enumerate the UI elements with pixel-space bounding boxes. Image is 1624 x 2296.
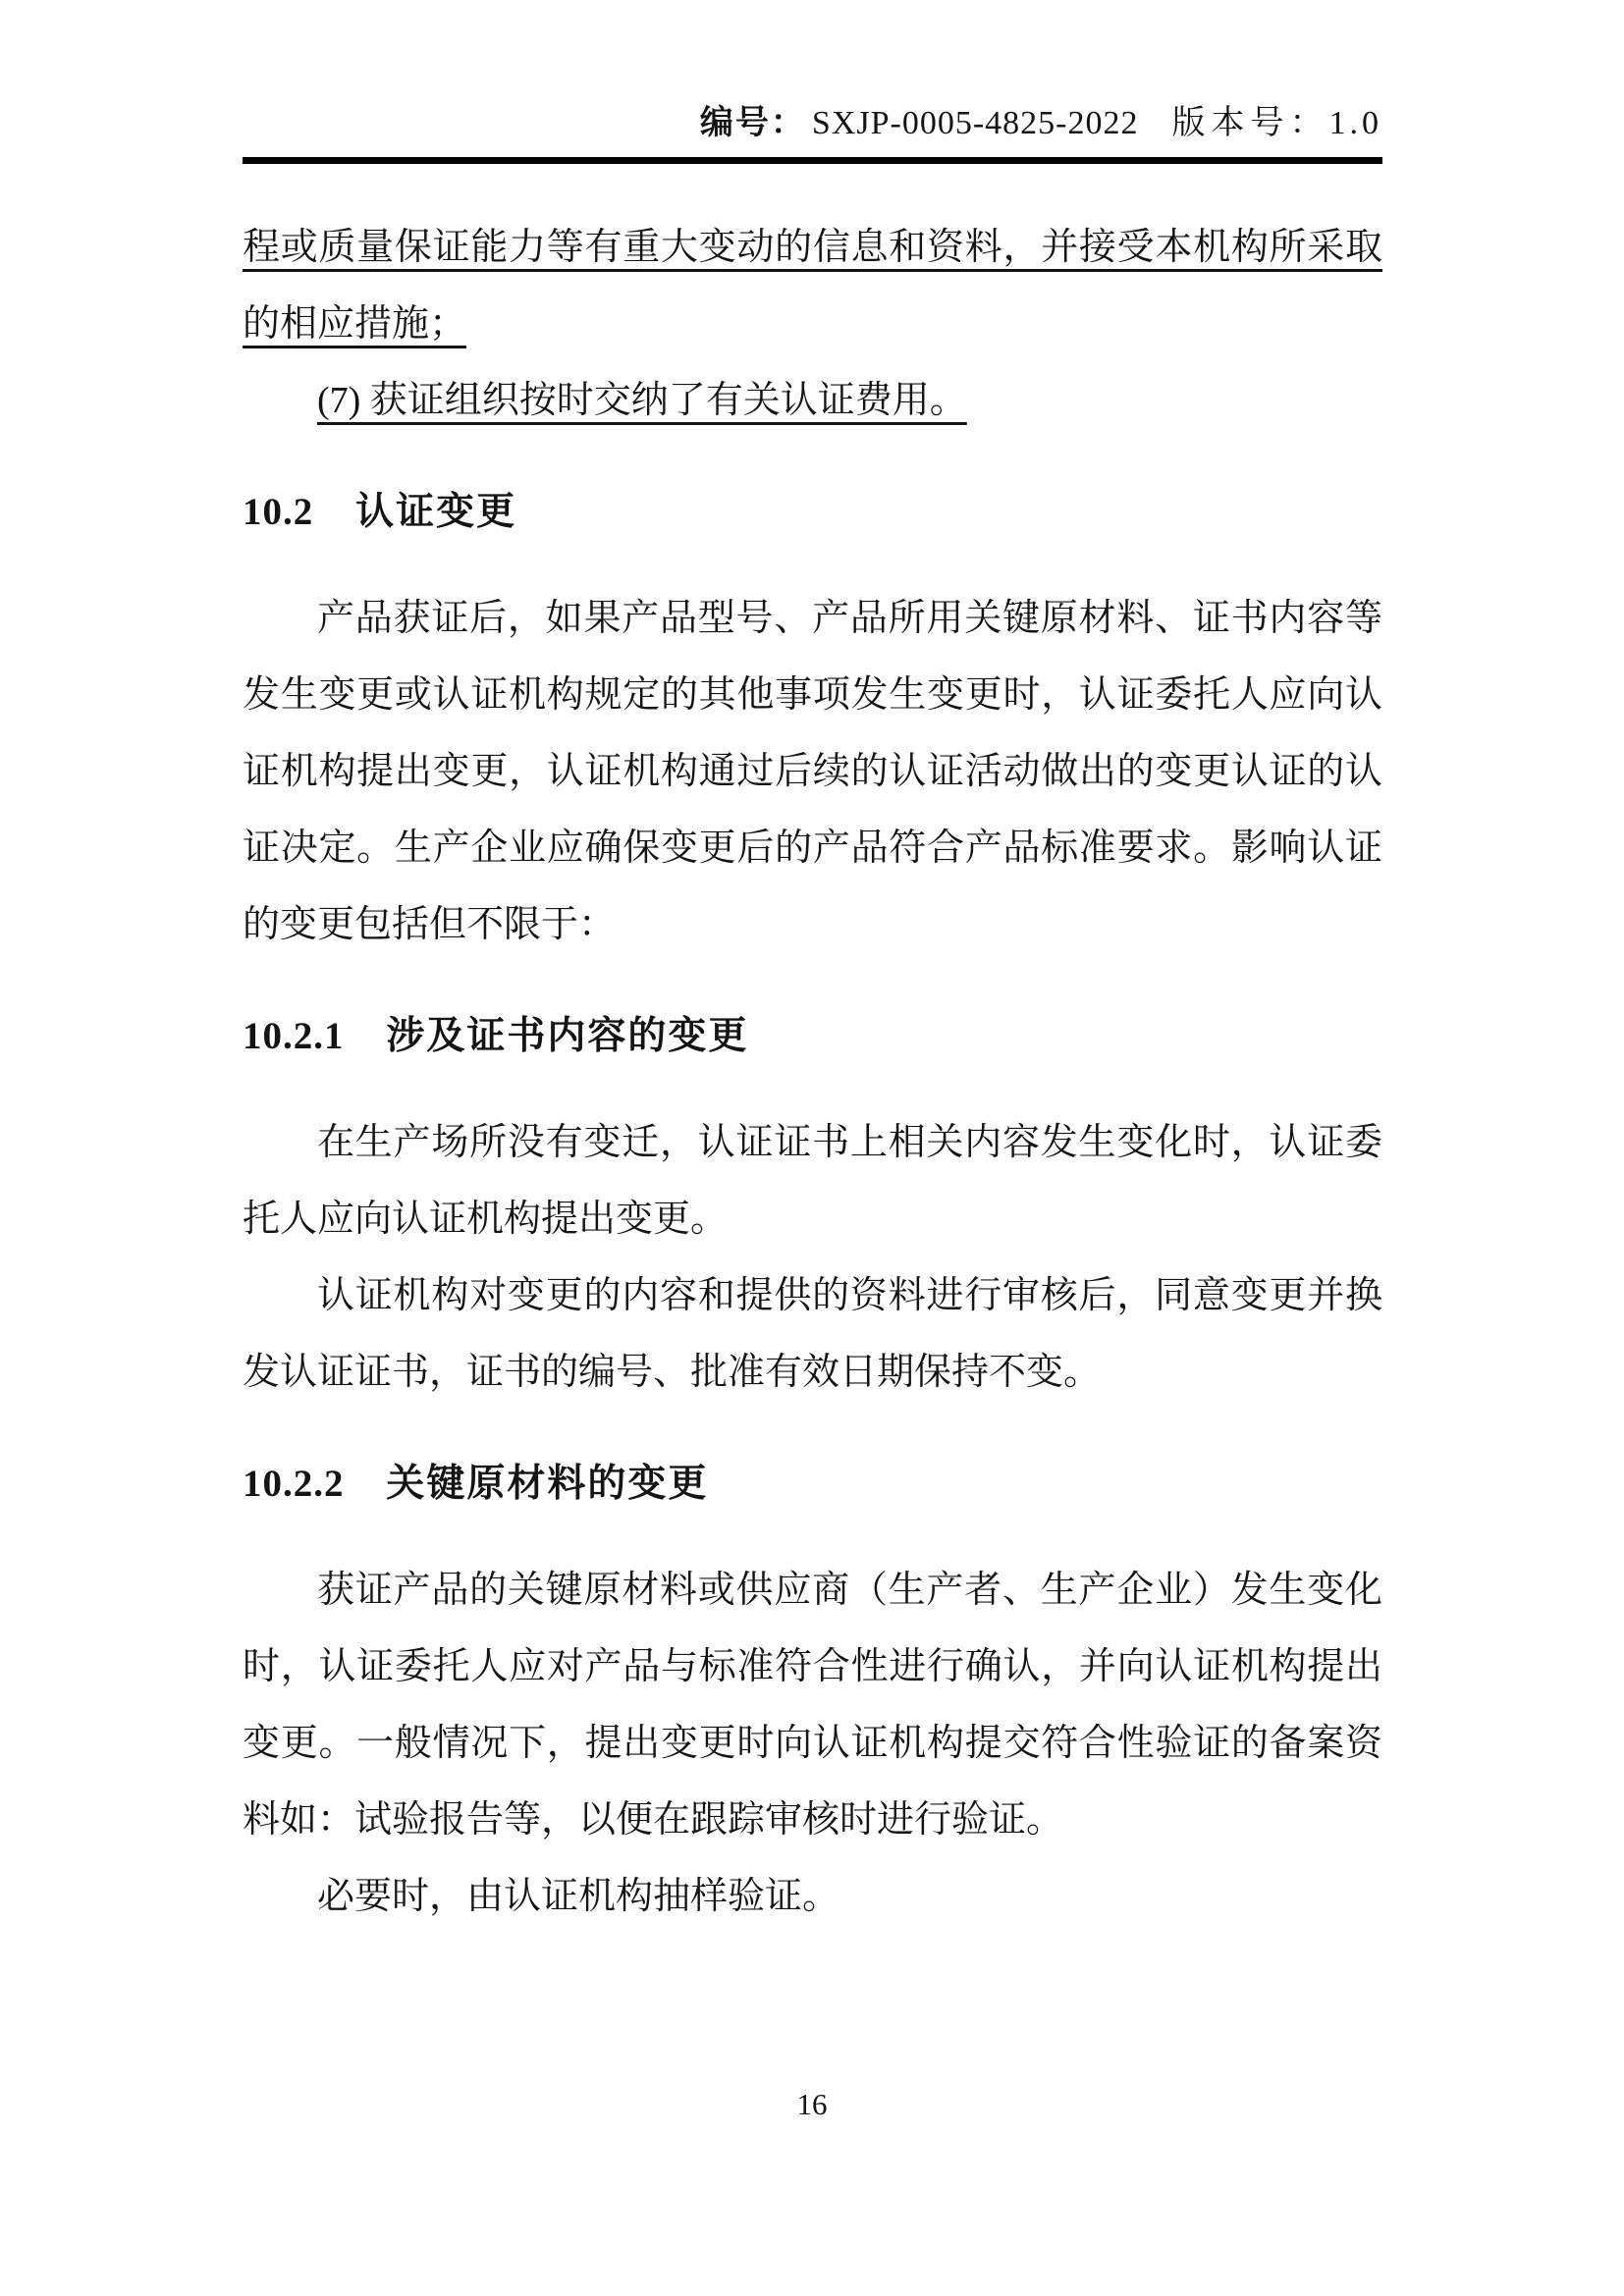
section-10-2-paragraph-1: 产品获证后，如果产品型号、产品所用关键原材料、证书内容等发生变更或认证机构规定的… bbox=[243, 580, 1382, 963]
doc-version-label: 版本号： bbox=[1172, 105, 1329, 141]
document-page: 编号：SXJP-0005-4825-2022版本号：1.0 程或质量保证能力等有… bbox=[0, 0, 1624, 2296]
section-number: 10.2 bbox=[243, 491, 313, 533]
doc-number-value: SXJP-0005-4825-2022 bbox=[812, 105, 1139, 141]
section-10-2-1-paragraph-2: 认证机构对变更的内容和提供的资料进行审核后，同意变更并换发认证证书，证书的编号、… bbox=[243, 1257, 1382, 1411]
section-10-2-1-paragraph-1: 在生产场所没有变迁，认证证书上相关内容发生变化时，认证委托人应向认证机构提出变更… bbox=[243, 1104, 1382, 1257]
document-body: 程或质量保证能力等有重大变动的信息和资料，并接受本机构所采取的相应措施； (7)… bbox=[243, 209, 1382, 1935]
document-header: 编号：SXJP-0005-4825-2022版本号：1.0 bbox=[0, 0, 1624, 147]
carryover-paragraph: 程或质量保证能力等有重大变动的信息和资料，并接受本机构所采取的相应措施； bbox=[243, 209, 1382, 362]
section-heading-10-2-1: 10.2.1涉及证书内容的变更 bbox=[243, 998, 1382, 1075]
section-title: 涉及证书内容的变更 bbox=[386, 1015, 748, 1057]
page-number: 16 bbox=[797, 2087, 828, 2121]
section-10-2-2-paragraph-2: 必要时，由认证机构抽样验证。 bbox=[243, 1858, 1382, 1935]
doc-number-label: 编号： bbox=[700, 105, 806, 141]
page-footer: 16 bbox=[0, 2085, 1624, 2124]
doc-version-value: 1.0 bbox=[1329, 105, 1383, 141]
section-number: 10.2.2 bbox=[243, 1463, 345, 1505]
section-heading-10-2: 10.2认证变更 bbox=[243, 474, 1382, 551]
section-title: 关键原材料的变更 bbox=[386, 1463, 708, 1505]
header-rule bbox=[243, 157, 1382, 164]
section-heading-10-2-2: 10.2.2关键原材料的变更 bbox=[243, 1446, 1382, 1522]
section-title: 认证变更 bbox=[355, 491, 516, 533]
section-10-2-2-paragraph-1: 获证产品的关键原材料或供应商（生产者、生产企业）发生变化时，认证委托人应对产品与… bbox=[243, 1552, 1382, 1858]
list-item-7: (7) 获证组织按时交纳了有关认证费用。 bbox=[243, 362, 1382, 439]
section-number: 10.2.1 bbox=[243, 1015, 345, 1057]
